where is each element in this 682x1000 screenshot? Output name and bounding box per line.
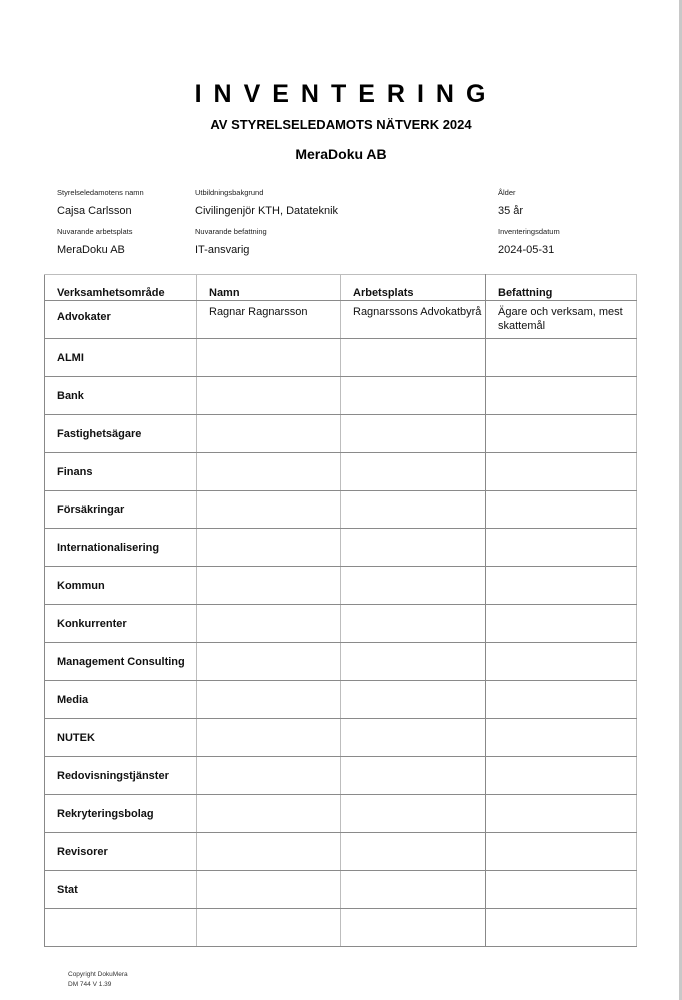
- table-row: AdvokaterRagnar RagnarssonRagnarssons Ad…: [45, 301, 637, 339]
- board-member-name-label: Styrelseledamotens namn: [57, 188, 144, 197]
- copyright-text: Copyright DokuMera: [68, 970, 128, 980]
- education-value: Civilingenjör KTH, Datateknik: [195, 205, 338, 217]
- table-row: NUTEK: [45, 719, 637, 757]
- area-cell[interactable]: Internationalisering: [45, 529, 197, 567]
- name-cell[interactable]: [197, 529, 341, 567]
- position-cell[interactable]: Ägare och verksam, mest skattemål: [486, 301, 637, 339]
- position-cell[interactable]: [486, 833, 637, 871]
- name-cell[interactable]: [197, 757, 341, 795]
- name-cell[interactable]: [197, 491, 341, 529]
- workplace-cell[interactable]: Ragnarssons Advokatbyrå: [341, 301, 486, 339]
- workplace-value: MeraDoku AB: [57, 244, 125, 256]
- area-cell[interactable]: Management Consulting: [45, 643, 197, 681]
- workplace-cell[interactable]: [341, 909, 486, 947]
- name-cell[interactable]: [197, 795, 341, 833]
- area-cell[interactable]: Redovisningstjänster: [45, 757, 197, 795]
- inventory-date-value: 2024-05-31: [498, 244, 554, 256]
- column-header-workplace: Arbetsplats: [341, 275, 486, 301]
- workplace-cell[interactable]: [341, 567, 486, 605]
- workplace-cell[interactable]: [341, 757, 486, 795]
- table-row: Internationalisering: [45, 529, 637, 567]
- table-row: Redovisningstjänster: [45, 757, 637, 795]
- area-cell[interactable]: Kommun: [45, 567, 197, 605]
- area-cell[interactable]: Stat: [45, 871, 197, 909]
- position-cell[interactable]: [486, 377, 637, 415]
- area-cell[interactable]: Revisorer: [45, 833, 197, 871]
- table-row: Fastighetsägare: [45, 415, 637, 453]
- document-title: INVENTERING: [0, 80, 682, 109]
- workplace-cell[interactable]: [341, 415, 486, 453]
- position-cell[interactable]: [486, 567, 637, 605]
- position-cell[interactable]: [486, 529, 637, 567]
- name-cell[interactable]: [197, 415, 341, 453]
- position-label: Nuvarande befattning: [195, 227, 267, 236]
- table-row: Konkurrenter: [45, 605, 637, 643]
- version-text: DM 744 V 1.39: [68, 980, 128, 990]
- position-cell[interactable]: [486, 909, 637, 947]
- workplace-cell[interactable]: [341, 529, 486, 567]
- workplace-label: Nuvarande arbetsplats: [57, 227, 132, 236]
- workplace-cell[interactable]: [341, 453, 486, 491]
- table-row: Rekryteringsbolag: [45, 795, 637, 833]
- table-row: Management Consulting: [45, 643, 637, 681]
- workplace-cell[interactable]: [341, 377, 486, 415]
- area-cell[interactable]: Rekryteringsbolag: [45, 795, 197, 833]
- position-cell[interactable]: [486, 757, 637, 795]
- footer: Copyright DokuMera DM 744 V 1.39: [68, 970, 128, 990]
- workplace-cell[interactable]: [341, 871, 486, 909]
- name-cell[interactable]: [197, 643, 341, 681]
- table-header-row: Verksamhetsområde Namn Arbetsplats Befat…: [45, 275, 637, 301]
- name-cell[interactable]: [197, 833, 341, 871]
- position-cell[interactable]: [486, 871, 637, 909]
- area-cell[interactable]: NUTEK: [45, 719, 197, 757]
- column-header-area: Verksamhetsområde: [45, 275, 197, 301]
- name-cell[interactable]: [197, 377, 341, 415]
- table-row: Media: [45, 681, 637, 719]
- table-row: Kommun: [45, 567, 637, 605]
- name-cell[interactable]: Ragnar Ragnarsson: [197, 301, 341, 339]
- column-header-name: Namn: [197, 275, 341, 301]
- column-header-position: Befattning: [486, 275, 637, 301]
- age-value: 35 år: [498, 205, 523, 217]
- name-cell[interactable]: [197, 605, 341, 643]
- area-cell[interactable]: Media: [45, 681, 197, 719]
- workplace-cell[interactable]: [341, 681, 486, 719]
- position-cell[interactable]: [486, 415, 637, 453]
- name-cell[interactable]: [197, 339, 341, 377]
- area-cell[interactable]: Advokater: [45, 301, 197, 339]
- network-inventory-table: Verksamhetsområde Namn Arbetsplats Befat…: [44, 274, 637, 947]
- name-cell[interactable]: [197, 453, 341, 491]
- position-cell[interactable]: [486, 795, 637, 833]
- name-cell[interactable]: [197, 567, 341, 605]
- position-cell[interactable]: [486, 643, 637, 681]
- position-value: IT-ansvarig: [195, 244, 249, 256]
- position-cell[interactable]: [486, 681, 637, 719]
- workplace-cell[interactable]: [341, 339, 486, 377]
- education-label: Utbildningsbakgrund: [195, 188, 263, 197]
- workplace-cell[interactable]: [341, 833, 486, 871]
- table-row: Försäkringar: [45, 491, 637, 529]
- workplace-cell[interactable]: [341, 719, 486, 757]
- inventory-date-label: Inventeringsdatum: [498, 227, 560, 236]
- table-row: Revisorer: [45, 833, 637, 871]
- document-subtitle: AV STYRELSELEDAMOTS NÄTVERK 2024: [0, 117, 682, 132]
- area-cell[interactable]: [45, 909, 197, 947]
- position-cell[interactable]: [486, 719, 637, 757]
- position-cell[interactable]: [486, 339, 637, 377]
- workplace-cell[interactable]: [341, 491, 486, 529]
- area-cell[interactable]: Fastighetsägare: [45, 415, 197, 453]
- name-cell[interactable]: [197, 909, 341, 947]
- area-cell[interactable]: Finans: [45, 453, 197, 491]
- position-cell[interactable]: [486, 453, 637, 491]
- table-row: ALMI: [45, 339, 637, 377]
- age-label: Ålder: [498, 188, 516, 197]
- table-row: [45, 909, 637, 947]
- name-cell[interactable]: [197, 871, 341, 909]
- board-member-name-value: Cajsa Carlsson: [57, 205, 132, 217]
- area-cell[interactable]: Bank: [45, 377, 197, 415]
- position-cell[interactable]: [486, 491, 637, 529]
- name-cell[interactable]: [197, 719, 341, 757]
- position-cell[interactable]: [486, 605, 637, 643]
- company-name: MeraDoku AB: [0, 146, 682, 162]
- workplace-cell[interactable]: [341, 605, 486, 643]
- table-row: Bank: [45, 377, 637, 415]
- area-cell[interactable]: Konkurrenter: [45, 605, 197, 643]
- area-cell[interactable]: Försäkringar: [45, 491, 197, 529]
- table-row: Stat: [45, 871, 637, 909]
- workplace-cell[interactable]: [341, 643, 486, 681]
- name-cell[interactable]: [197, 681, 341, 719]
- table-row: Finans: [45, 453, 637, 491]
- area-cell[interactable]: ALMI: [45, 339, 197, 377]
- workplace-cell[interactable]: [341, 795, 486, 833]
